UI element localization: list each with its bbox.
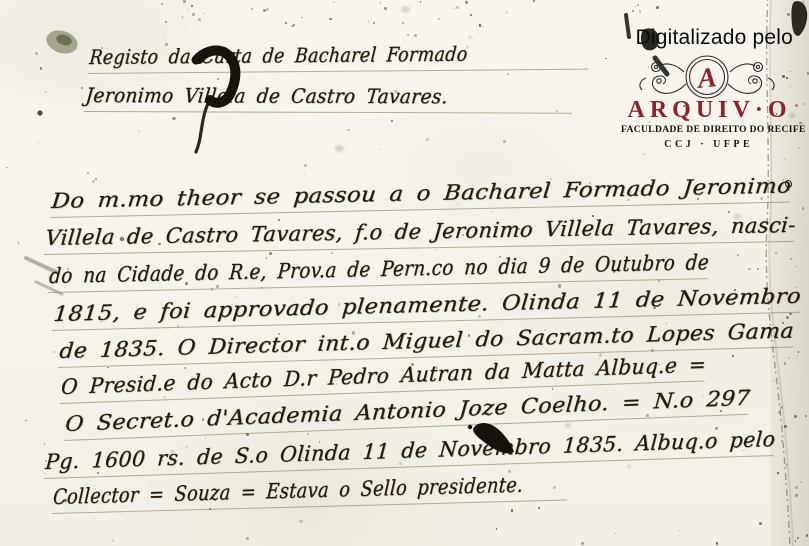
monogram-letter: A [694, 62, 718, 95]
digitized-by-label: Digitalizado pelo [621, 26, 793, 50]
digitization-watermark: Digitalizado pelo A ARQUIV·O FACULDADE D… [621, 26, 793, 150]
heading-text: Registo da Carta de Bacharel Formado [88, 37, 469, 74]
heading-text: Jeronimo Villela de Castro Tavares. [84, 78, 450, 113]
unit-label: CCJ · UFPE [621, 139, 793, 150]
manuscript-heading-line: Registo da Carta de Bacharel Formado [88, 36, 588, 74]
manuscript-heading-line: Jeronimo Villela de Castro Tavares. [84, 78, 572, 114]
scanned-document-page: Registo da Carta de Bacharel Formado Jer… [0, 0, 809, 546]
arquivo-wordmark: ARQUIV·O [621, 96, 793, 124]
faculty-label: FACULDADE DE DIREITO DO RECIFE [621, 125, 793, 135]
